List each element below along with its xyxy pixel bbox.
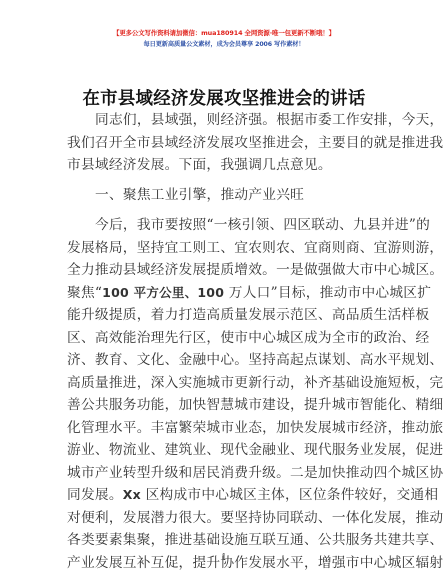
text-run: 区构成市中心城区主体，区位条件较好，交通相 [141, 487, 438, 503]
document-body: 同志们，县域强，则经济强。根据市委工作安排，今天， 我们召开全市县域经济发展攻坚… [67, 109, 383, 574]
paragraph-line: 游业、物流业、建筑业、现代金融业、现代服务业发展，促进 [67, 439, 383, 462]
paragraph-line: 能升级提质，着力打造高质量发展示范区、高品质生活样板 [67, 304, 383, 327]
page-number: 1 [0, 553, 448, 563]
document-title: 在市县域经济发展攻坚推进会的讲话 [0, 84, 448, 109]
section-heading: 一、聚焦工业引擎，推动产业兴旺 [67, 184, 383, 207]
paragraph-line: 我们召开全市县域经济发展攻坚推进会，主要目的就是推进我 [67, 132, 383, 155]
paragraph-line: 化管理水平。丰富繁荣城市业态，加快发展城市经济，推动旅 [67, 417, 383, 440]
paragraph-line: 同志们，县域强，则经济强。根据市委工作安排，今天， [67, 109, 383, 132]
paragraph-line: 发展格局，坚持宜工则工、宜农则农、宜商则商、宜游则游， [67, 237, 383, 260]
paragraph-line: 城市产业转型升级和居民消费升级。二是加快推动四个城区协 [67, 462, 383, 485]
paragraph-line: 善公共服务功能，加快智慧城市建设，提升城市智能化、精细 [67, 394, 383, 417]
text-run: 聚焦“ [67, 285, 102, 301]
promo-banner-red: 【更多公文写作资料请加微信：mua180914 全网资源·唯一包更新不断哦！】 [0, 28, 448, 37]
paragraph-line: 区、高效能治理先行区，使市中心城区成为全市的政治、经 [67, 327, 383, 350]
text-run: 同发展。 [67, 487, 123, 503]
text-run: 万人口”目标，推动市中心城区扩 [224, 285, 431, 301]
paragraph-line: 同发展。Xx 区构成市中心城区主体，区位条件较好，交通相 [67, 484, 383, 507]
promo-banner-blue: 每日更新高质量公文素材，成为会员尊享 2006 写作素材！ [0, 39, 448, 48]
paragraph-line: 高质量推进，深入实施城市更新行动，补齐基础设施短板，完 [67, 372, 383, 395]
paragraph-line: 各类要素集聚，推进基础设施互联互通、公共服务共建共享、 [67, 529, 383, 552]
paragraph-line: 市县域经济发展。下面，我强调几点意见。 [67, 154, 383, 177]
paragraph-line: 聚焦“100 平方公里、100 万人口”目标，推动市中心城区扩 [67, 282, 383, 305]
paragraph-line: 全力推动县域经济发展提质增效。一是做强做大市中心城区。 [67, 259, 383, 282]
paragraph-line: 今后，我市要按照“一核引领、四区联动、九县并进”的 [67, 214, 383, 237]
bold-number-run: 100 平方公里、100 [102, 285, 224, 300]
paragraph-line: 对便利，发展潜力很大。要坚持协同联动、一体化发展，推动 [67, 507, 383, 530]
paragraph-line: 济、教育、文化、金融中心。坚持高起点谋划、高水平规划、 [67, 349, 383, 372]
bold-text-run: Xx [123, 487, 141, 502]
